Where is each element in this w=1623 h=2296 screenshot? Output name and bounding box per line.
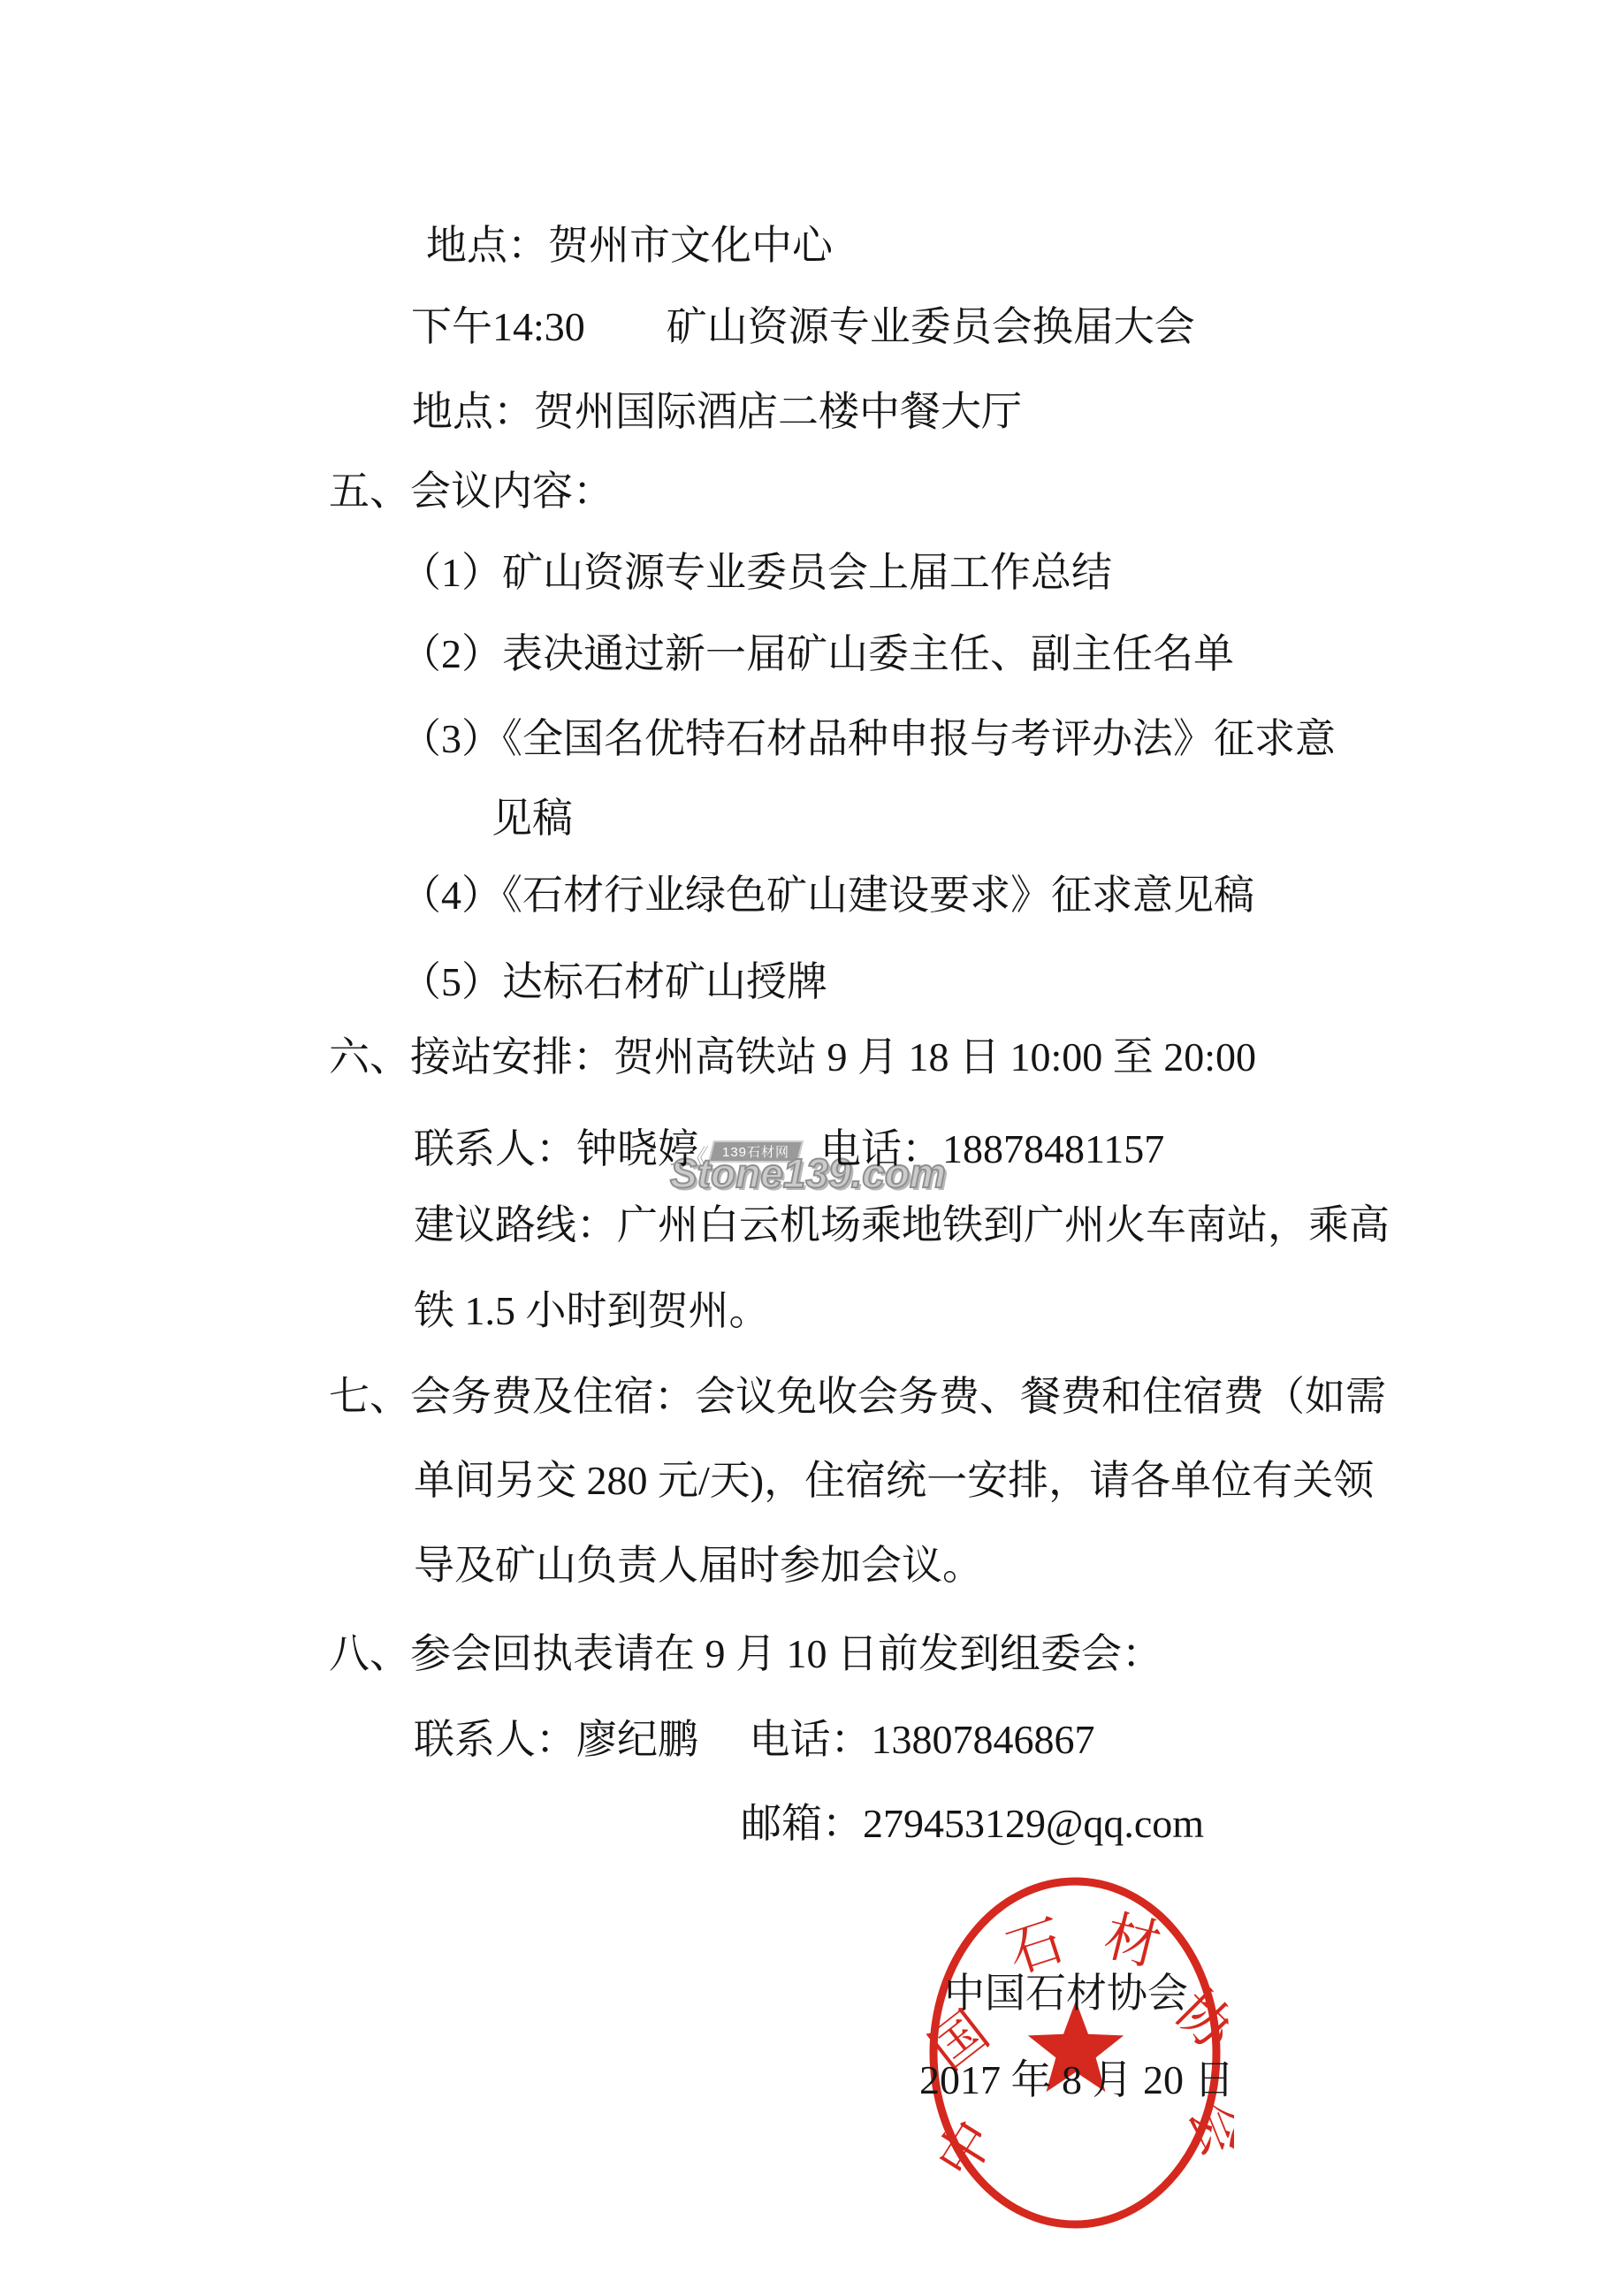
doc-line: 地点：贺州国际酒店二楼中餐大厅 bbox=[412, 389, 1022, 435]
document-page: 地点：贺州市文化中心 下午14:30 矿山资源专业委员会换届大会 地点：贺州国际… bbox=[0, 0, 1623, 2296]
doc-line: 七、会务费及住宿：会议免收会务费、餐费和住宿费（如需 bbox=[329, 1374, 1386, 1420]
doc-line: （3）《全国名优特石材品种申报与考评办法》征求意 bbox=[400, 716, 1336, 762]
watermark: –《 139石材网 Stone139.com bbox=[670, 1139, 971, 1201]
doc-line: （5）达标石材矿山授牌 bbox=[400, 959, 827, 1005]
doc-line: （1）矿山资源专业委员会上届工作总结 bbox=[400, 550, 1112, 596]
doc-line: （4）《石材行业绿色矿山建设要求》征求意见稿 bbox=[400, 873, 1254, 919]
signature-org: 中国石材协会 bbox=[944, 1971, 1188, 2017]
doc-line: 邮箱：279453129@qq.com bbox=[741, 1801, 1204, 1847]
doc-line: 八、参会回执表请在 9 月 10 日前发到组委会： bbox=[329, 1631, 1162, 1677]
doc-line: 地点：贺州市文化中心 bbox=[426, 223, 833, 269]
association-seal-stamp: 中 国 石 材 协 会 bbox=[916, 1865, 1234, 2237]
doc-line: （2）表决通过新一届矿山委主任、副主任名单 bbox=[400, 631, 1234, 677]
doc-line: 五、会议内容： bbox=[329, 469, 613, 515]
watermark-text: Stone139.com bbox=[670, 1153, 946, 1194]
doc-line: 联系人：廖纪鹏 电话：13807846867 bbox=[414, 1717, 1095, 1763]
doc-line: 六、接站安排：贺州高铁站 9 月 18 日 10:00 至 20:00 bbox=[329, 1034, 1256, 1080]
doc-line: 单间另交 280 元/天)，住宿统一安排，请各单位有关领 bbox=[414, 1458, 1374, 1504]
stamp-char: 中 bbox=[926, 2110, 1007, 2189]
doc-line: 下午14:30 矿山资源专业委员会换届大会 bbox=[411, 304, 1195, 350]
doc-line: 建议路线：广州白云机场乘地铁到广州火车南站，乘高 bbox=[414, 1202, 1390, 1248]
doc-line: 见稿 bbox=[491, 796, 573, 842]
doc-line: 铁 1.5 小时到贺州。 bbox=[414, 1288, 770, 1334]
stamp-char: 材 bbox=[1099, 1906, 1167, 1978]
signature-date: 2017 年 8 月 20 日 bbox=[919, 2057, 1235, 2103]
doc-line: 导及矿山负责人届时参加会议。 bbox=[414, 1543, 983, 1589]
